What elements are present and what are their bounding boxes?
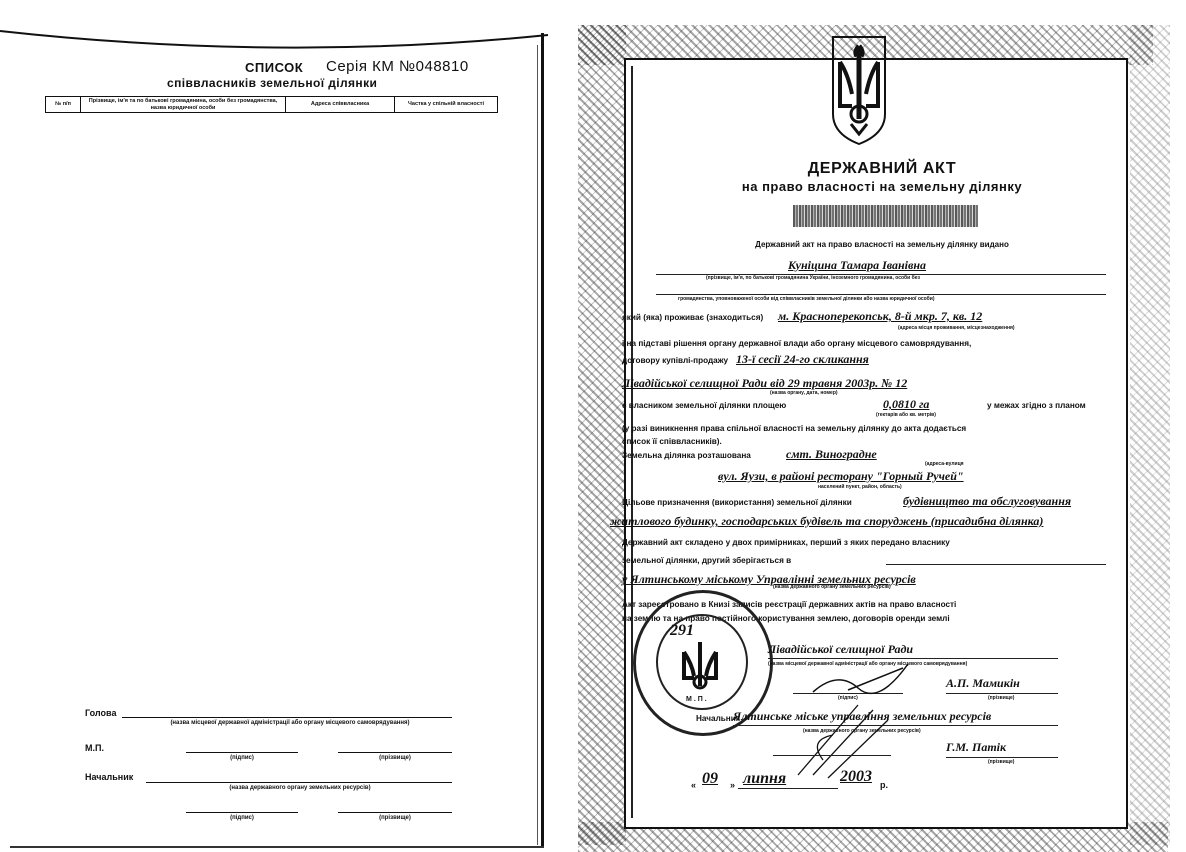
area-suffix: у межах згідно з планом (987, 401, 1086, 410)
surname-caption: (прізвище) (338, 755, 452, 761)
address-caption: (адреса місця проживання, місцезнаходжен… (898, 325, 1015, 331)
decision-caption: (назва органу, дата, номер) (770, 390, 838, 396)
col-name: Прізвище, ім'я та по батькові громадянин… (81, 97, 286, 113)
page-edge-curve (0, 0, 560, 60)
chief-signature-line (773, 755, 891, 756)
chief-surname-caption: (прізвище) (988, 759, 1014, 765)
coowners-note-2: список її співвласників). (622, 437, 722, 446)
trident-emblem-icon (830, 34, 888, 146)
head-surname-line (338, 752, 452, 753)
chief-surname: Г.М. Патік (946, 740, 1006, 755)
head-signature-line (186, 752, 298, 753)
co-owners-list-page: СПИСОК Серія КМ №048810 співвласників зе… (0, 0, 560, 852)
date-day: 09 (702, 770, 718, 788)
owner-caption-1: (прізвище, ім'я, по батькові громадянина… (706, 275, 920, 281)
head-surname-caption: (прізвище) (988, 695, 1014, 701)
series-number: Серія КМ №048810 (326, 58, 469, 75)
guilloche-border-right (1130, 25, 1170, 845)
handwritten-signature-head (808, 660, 918, 700)
chief-line (146, 782, 452, 783)
chief-surname-line (946, 757, 1058, 758)
page-edge (541, 33, 544, 848)
purpose-label: Цільове призначення (використання) земел… (622, 498, 852, 507)
date-month-line (738, 788, 838, 789)
serial-number-redacted (793, 205, 978, 227)
signature-caption-2: (підпис) (186, 815, 298, 821)
location-label: Земельна ділянка розташована (622, 451, 751, 460)
chief-caption: (назва державного органу земельних ресур… (150, 785, 450, 791)
head-surname-line (946, 693, 1058, 694)
location-line-2: вул. Яузи, в районі ресторану "Горный Ру… (718, 469, 964, 484)
seal-trident-icon (678, 638, 722, 694)
council-name: Лівадійської селищної Ради (768, 642, 913, 657)
storage-caption: (назва державного органу земельних ресур… (773, 584, 891, 590)
table-header-row: № п/п Прізвище, ім'я та по батькові гром… (46, 97, 498, 113)
contract-label: договору купівлі-продажу (622, 356, 728, 365)
col-share: Частка у спільній власності (395, 97, 498, 113)
chief-label: Начальник (85, 772, 133, 782)
surname-caption-2: (прізвище) (338, 815, 452, 821)
owner-address: м. Красноперекопськ, 8-й мкр. 7, кв. 12 (778, 309, 982, 324)
page-edge-inner (537, 45, 538, 845)
purpose-line-1: будівництво та обслуговування (903, 494, 1071, 509)
owner-name: Куніцина Тамара Іванівна (788, 258, 926, 273)
decision-1: 13-ї сесії 24-го скликання (736, 352, 869, 367)
copies-line-2: земельної ділянки, другий зберігається в (622, 556, 791, 565)
seal-center-label: М.П. (686, 696, 709, 703)
location-caption-2: населений пункт, район, область) (818, 484, 902, 490)
basis-label: і на підставі рішення органу державної в… (622, 339, 971, 348)
col-number: № п/п (46, 97, 81, 113)
co-owners-table: № п/п Прізвище, ім'я та по батькові гром… (45, 96, 498, 113)
purpose-line-2: житлового будинку, господарських будівел… (610, 514, 1043, 529)
date-suffix: р. (880, 780, 888, 790)
state-act-page: ДЕРЖАВНИЙ АКТ на право власності на земе… (578, 0, 1186, 852)
coowners-note-1: (у разі виникнення права спільної власно… (622, 424, 966, 433)
chief-signature-line (186, 812, 298, 813)
date-year: 2003 (840, 768, 872, 786)
list-subtitle: співвласників земельної ділянки (167, 76, 377, 90)
owner-caption-2: громадянства, уповноваженої особи від сп… (678, 296, 935, 302)
copies-line-1: Державний акт складено у двох примірника… (622, 538, 950, 547)
date-quote-close: » (730, 780, 735, 790)
seal-label: М.П. (85, 743, 104, 753)
signature-caption: (підпис) (186, 755, 298, 761)
owner-line-2 (656, 294, 1106, 295)
col-address: Адреса співвласника (286, 97, 395, 113)
date-month: липня (743, 770, 786, 788)
location-line-1: смт. Виноградне (786, 447, 877, 462)
decision-2: Лівадійської селищної Ради від 29 травня… (622, 376, 907, 391)
head-line (122, 717, 452, 718)
head-caption: (назва місцевої державної адміністрації … (130, 720, 450, 726)
head-label: Голова (85, 708, 116, 718)
act-subtitle: на право власності на земельну ділянку (578, 179, 1186, 194)
storage-blank-line (886, 564, 1106, 565)
area-label: є власником земельної ділянки площею (622, 401, 786, 410)
chief-surname-line (338, 812, 452, 813)
council-line (768, 658, 1058, 659)
area-value: 0,0810 га (883, 397, 929, 412)
act-title: ДЕРЖАВНИЙ АКТ (578, 160, 1186, 178)
area-caption: (гектарів або кв. метрів) (876, 412, 936, 418)
location-caption-1: (адреса-вулиця (925, 461, 964, 467)
guilloche-border-left (578, 25, 626, 845)
issued-label: Державний акт на право власності на земе… (578, 240, 1186, 249)
list-title: СПИСОК (245, 60, 303, 75)
head-surname: А.П. Мамикін (946, 676, 1020, 691)
date-quote-open: « (691, 780, 696, 790)
resides-label: який (яка) проживає (знаходиться) (622, 313, 763, 322)
page-bottom-edge (10, 846, 544, 848)
